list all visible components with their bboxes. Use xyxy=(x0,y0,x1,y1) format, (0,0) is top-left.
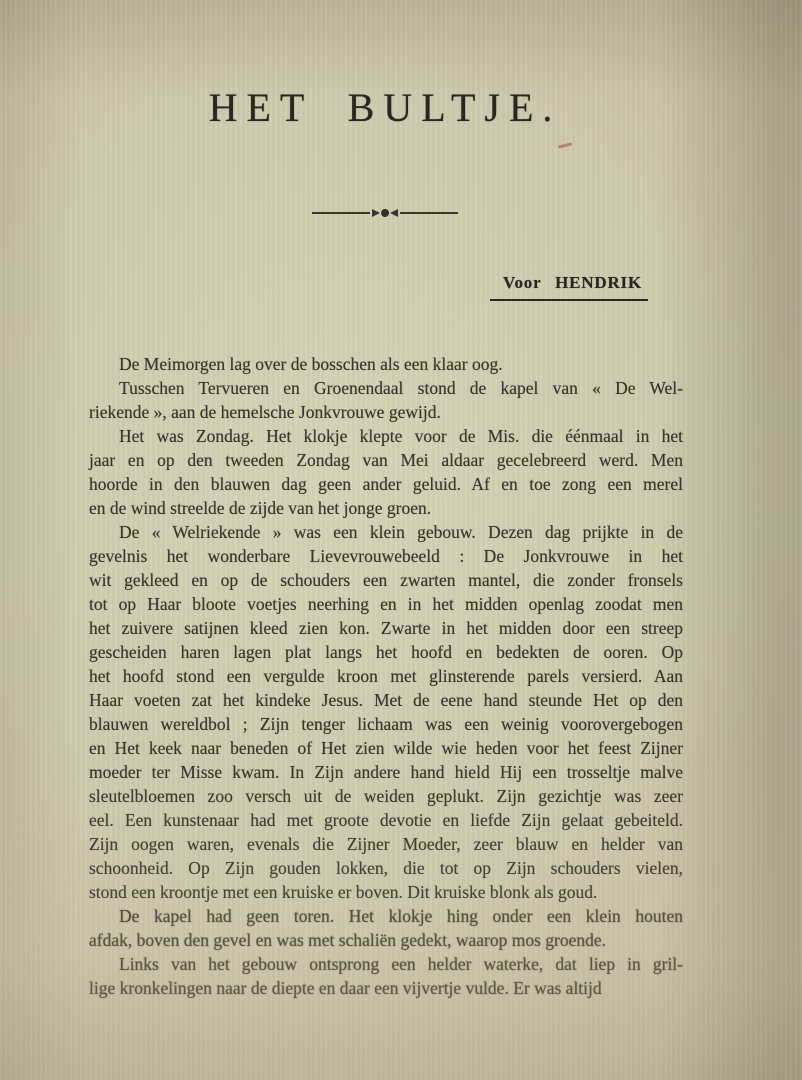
divider-dot-icon xyxy=(381,209,389,217)
text-line: De « Welriekende » was een klein gebouw.… xyxy=(89,520,683,544)
text-line: De Meimorgen lag over de bosschen als ee… xyxy=(89,352,683,376)
text-line: hoorde in den blauwen dag geen ander gel… xyxy=(89,472,683,496)
text-line: sleutelbloemen zoo versch uit de weiden … xyxy=(89,784,683,808)
text-line: eel. Een kunstenaar had met groote devot… xyxy=(89,808,683,832)
text-line: tot op Haar bloote voetjes neerhing en i… xyxy=(89,592,683,616)
page-title: HET BULTJE. xyxy=(0,84,770,131)
text-line: het hoofd stond een vergulde kroon met g… xyxy=(89,664,683,688)
text-line: Zijn oogen waren, evenals die Zijner Moe… xyxy=(89,832,683,856)
text-line: en Het keek naar beneden of Het zien wil… xyxy=(89,736,683,760)
text-line: Haar voeten zat het kindeke Jesus. Met d… xyxy=(89,688,683,712)
ornament-divider xyxy=(0,204,770,222)
divider-arrow-icon xyxy=(372,209,380,217)
text-line: Links van het gebouw ontsprong een helde… xyxy=(89,952,683,976)
text-line: wit gekleed en op de schouders een zwart… xyxy=(89,568,683,592)
divider-arrow-icon xyxy=(390,209,398,217)
text-line: Het was Zondag. Het klokje klepte voor d… xyxy=(89,424,683,448)
body-text: De Meimorgen lag over de bosschen als ee… xyxy=(89,352,683,1000)
divider-rule-right xyxy=(400,212,458,214)
text-line: lige kronkelingen naar de diepte en daar… xyxy=(89,976,683,1000)
text-line: De kapel had geen toren. Het klokje hing… xyxy=(89,904,683,928)
text-line: en de wind streelde de zijde van het jon… xyxy=(89,496,683,520)
paper-scratch-mark xyxy=(558,142,572,148)
text-line: stond een kroontje met een kruiske er bo… xyxy=(89,880,683,904)
text-line: jaar en op den tweeden Zondag van Mei al… xyxy=(89,448,683,472)
text-line: Tusschen Tervueren en Groenendaal stond … xyxy=(89,376,683,400)
text-line: gevelnis het wonderbare Lievevrouwebeeld… xyxy=(89,544,683,568)
text-line: gescheiden haren lagen plat langs het ho… xyxy=(89,640,683,664)
text-line: het zuivere satijnen kleed zien kon. Zwa… xyxy=(89,616,683,640)
text-line: riekende », aan de hemelsche Jonkvrouwe … xyxy=(89,400,683,424)
text-line: blauwen wereldbol ; Zijn tenger lichaam … xyxy=(89,712,683,736)
text-line: afdak, boven den gevel en was met schali… xyxy=(89,928,683,952)
text-line: schoonheid. Op Zijn gouden lokken, die t… xyxy=(89,856,683,880)
divider-rule-left xyxy=(312,212,370,214)
dedication: Voor HENDRIK xyxy=(490,273,648,301)
book-page: HET BULTJE. Voor HENDRIK De Meimorgen la… xyxy=(0,0,802,1080)
text-line: moeder ter Misse kwam. In Zijn andere ha… xyxy=(89,760,683,784)
